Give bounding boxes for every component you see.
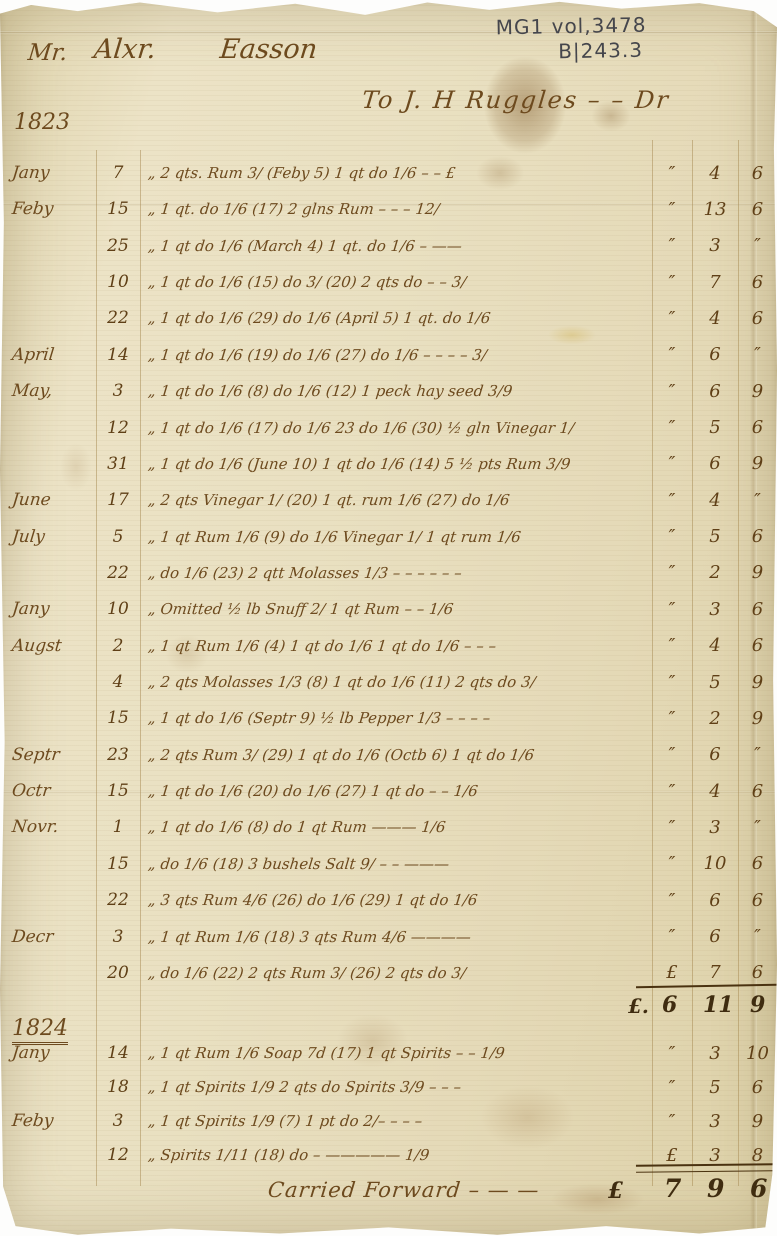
entry-pounds: ″ <box>652 526 692 547</box>
entry-month: Jany <box>0 599 97 619</box>
entry-pence: 9 <box>738 1111 777 1132</box>
entry-shillings: 5 <box>692 672 738 693</box>
entry-pence: 9 <box>738 453 777 474</box>
ledger-row: Jany7„ 2 qts. Rum 3/ (Feby 5) 1 qt do 1/… <box>0 156 777 190</box>
entry-description: „ 1 qt Rum 1/6 (4) 1 qt do 1/6 1 qt do 1… <box>139 637 653 655</box>
entry-pence: ″ <box>738 344 777 365</box>
entry-pounds: ″ <box>652 163 692 184</box>
entry-pence: 6 <box>738 417 777 438</box>
entry-pounds: ″ <box>652 672 692 693</box>
carried-forward-rule <box>636 1163 777 1172</box>
entry-pounds: ″ <box>652 235 692 256</box>
ledger-row: Feby3„ 1 qt Spirits 1/9 (7) 1 pt do 2/– … <box>0 1104 777 1138</box>
entry-pence: ″ <box>738 490 777 511</box>
entry-shillings: 13 <box>692 199 738 220</box>
ledger-row: July5„ 1 qt Rum 1/6 (9) do 1/6 Vinegar 1… <box>0 520 777 554</box>
entry-month: Feby <box>0 1111 97 1131</box>
ledger-row: May,3„ 1 qt do 1/6 (8) do 1/6 (12) 1 pec… <box>0 374 777 408</box>
paper-sheet: MG1 vol,3478 B|243.3 Mr. Alxr. Easson To… <box>0 0 777 1236</box>
archive-stamp-line2: B|243.3 <box>558 38 647 64</box>
entry-pounds: £ <box>652 962 692 983</box>
entry-pence: 6 <box>738 853 777 874</box>
entry-description: „ Omitted ½ lb Snuff 2/ 1 qt Rum – – 1/6 <box>139 600 653 618</box>
ledger-row: 12„ 1 qt do 1/6 (17) do 1/6 23 do 1/6 (3… <box>0 411 777 445</box>
entry-description: „ do 1/6 (22) 2 qts Rum 3/ (26) 2 qts do… <box>139 964 653 982</box>
ledger-row: Feby15„ 1 qt. do 1/6 (17) 2 glns Rum – –… <box>0 192 777 226</box>
entry-shillings: 3 <box>692 235 738 256</box>
ledger-section-1823: Jany7„ 2 qts. Rum 3/ (Feby 5) 1 qt do 1/… <box>0 156 777 990</box>
entry-month: Decr <box>0 927 97 947</box>
entry-month: April <box>0 345 97 365</box>
entry-pence: ″ <box>738 817 777 838</box>
entry-day: 15 <box>96 781 140 801</box>
entry-pounds: ″ <box>652 490 692 511</box>
entry-pence: ″ <box>738 744 777 765</box>
entry-shillings: 6 <box>692 926 738 947</box>
entry-day: 23 <box>96 745 140 765</box>
entry-day: 7 <box>96 163 140 183</box>
entry-shillings: 5 <box>692 526 738 547</box>
entry-shillings: 3 <box>692 599 738 620</box>
entry-shillings: 3 <box>692 1111 738 1132</box>
ledger-row: June17„ 2 qts Vinegar 1/ (20) 1 qt. rum … <box>0 483 777 517</box>
entry-day: 4 <box>96 672 140 692</box>
entry-pence: 10 <box>738 1043 777 1064</box>
entry-shillings: 4 <box>692 635 738 656</box>
entry-shillings: 2 <box>692 562 738 583</box>
entry-description: „ 1 qt Spirits 1/9 2 qts do Spirits 3/9 … <box>139 1078 653 1096</box>
entry-month: Feby <box>0 199 97 219</box>
entry-description: „ 1 qt do 1/6 (June 10) 1 qt do 1/6 (14)… <box>139 455 653 473</box>
entry-shillings: 7 <box>692 272 738 293</box>
carried-forward-label: Carried Forward – — — <box>267 1178 541 1202</box>
entry-pence: 6 <box>738 308 777 329</box>
entry-day: 10 <box>96 272 140 292</box>
subtotal-pence: 9 <box>750 992 765 1018</box>
ledger-row: Octr15„ 1 qt do 1/6 (20) do 1/6 (27) 1 q… <box>0 774 777 808</box>
entry-pence: 6 <box>738 1077 777 1098</box>
ledger-row: 31„ 1 qt do 1/6 (June 10) 1 qt do 1/6 (1… <box>0 447 777 481</box>
entry-pence: 9 <box>738 672 777 693</box>
subtotal-currency: £. <box>628 994 649 1018</box>
entry-description: „ 1 qt Rum 1/6 (9) do 1/6 Vinegar 1/ 1 q… <box>139 528 653 546</box>
entry-shillings: 6 <box>692 381 738 402</box>
entry-day: 17 <box>96 490 140 510</box>
entry-description: „ 1 qt Rum 1/6 Soap 7d (17) 1 qt Spirits… <box>139 1044 653 1062</box>
entry-day: 18 <box>96 1077 140 1097</box>
carried-forward-pence: 6 <box>750 1174 767 1203</box>
ledger-row: 22„ 1 qt do 1/6 (29) do 1/6 (April 5) 1 … <box>0 301 777 335</box>
entry-pounds: ″ <box>652 344 692 365</box>
entry-day: 15 <box>96 199 140 219</box>
entry-shillings: 3 <box>692 817 738 838</box>
entry-pounds: ″ <box>652 635 692 656</box>
entry-description: „ 1 qt do 1/6 (8) do 1/6 (12) 1 peck hay… <box>139 382 653 400</box>
ledger-row: April14„ 1 qt do 1/6 (19) do 1/6 (27) do… <box>0 338 777 372</box>
entry-day: 22 <box>96 308 140 328</box>
entry-month: Septr <box>0 745 97 765</box>
entry-shillings: 3 <box>692 1043 738 1064</box>
entry-description: „ 1 qt do 1/6 (Septr 9) ½ lb Pepper 1/3 … <box>139 709 653 727</box>
entry-pounds: ″ <box>652 417 692 438</box>
ledger-row: 22„ do 1/6 (23) 2 qtt Molasses 1/3 – – –… <box>0 556 777 590</box>
entry-shillings: 4 <box>692 163 738 184</box>
entry-pounds: ″ <box>652 1043 692 1064</box>
entry-pence: 6 <box>738 526 777 547</box>
entry-day: 14 <box>96 1043 140 1063</box>
entry-pence: 9 <box>738 381 777 402</box>
ledger-row: 15„ 1 qt do 1/6 (Septr 9) ½ lb Pepper 1/… <box>0 701 777 735</box>
entry-day: 3 <box>96 927 140 947</box>
entry-description: „ 1 qt do 1/6 (19) do 1/6 (27) do 1/6 – … <box>139 346 653 364</box>
entry-month: May, <box>0 381 97 401</box>
entry-shillings: 3 <box>692 1145 738 1166</box>
entry-description: „ do 1/6 (23) 2 qtt Molasses 1/3 – – – –… <box>139 564 653 582</box>
entry-shillings: 6 <box>692 453 738 474</box>
ledger-row: Augst2„ 1 qt Rum 1/6 (4) 1 qt do 1/6 1 q… <box>0 629 777 663</box>
entry-pounds: ″ <box>652 708 692 729</box>
entry-pence: 6 <box>738 635 777 656</box>
entry-month: Jany <box>0 163 97 183</box>
entry-pounds: ″ <box>652 926 692 947</box>
entry-pounds: ″ <box>652 272 692 293</box>
entry-pence: ″ <box>738 235 777 256</box>
ledger-row: 18„ 1 qt Spirits 1/9 2 qts do Spirits 3/… <box>0 1070 777 1104</box>
entry-pence: 6 <box>738 781 777 802</box>
archive-stamp: MG1 vol,3478 B|243.3 <box>496 13 648 65</box>
carried-forward-shillings: 9 <box>707 1174 724 1203</box>
entry-shillings: 4 <box>692 781 738 802</box>
debtor-last-name: Easson <box>218 34 318 65</box>
entry-pounds: ″ <box>652 853 692 874</box>
ledger-row: 25„ 1 qt do 1/6 (March 4) 1 qt. do 1/6 –… <box>0 229 777 263</box>
entry-pounds: ″ <box>652 453 692 474</box>
entry-description: „ 3 qts Rum 4/6 (26) do 1/6 (29) 1 qt do… <box>139 891 653 909</box>
entry-pence: 9 <box>738 562 777 583</box>
entry-day: 15 <box>96 708 140 728</box>
entry-description: „ 1 qt do 1/6 (17) do 1/6 23 do 1/6 (30)… <box>139 419 653 437</box>
entry-description: „ 1 qt do 1/6 (29) do 1/6 (April 5) 1 qt… <box>139 309 653 327</box>
entry-day: 1 <box>96 817 140 837</box>
entry-pence: 6 <box>738 272 777 293</box>
entry-pounds: ″ <box>652 199 692 220</box>
salutation: Mr. <box>27 40 69 66</box>
ledger-row: 4„ 2 qts Molasses 1/3 (8) 1 qt do 1/6 (1… <box>0 665 777 699</box>
entry-pounds: ″ <box>652 308 692 329</box>
archive-stamp-line1: MG1 vol,3478 <box>496 13 647 40</box>
ledger-row: 15„ do 1/6 (18) 3 bushels Salt 9/ – – ——… <box>0 847 777 881</box>
entry-day: 2 <box>96 636 140 656</box>
entry-pounds: ″ <box>652 817 692 838</box>
entry-month: Novr. <box>0 817 97 837</box>
entry-pence: 6 <box>738 599 777 620</box>
carried-forward-currency: £ <box>608 1178 623 1204</box>
entry-description: „ 1 qt do 1/6 (8) do 1 qt Rum ——— 1/6 <box>139 818 653 836</box>
entry-description: „ 2 qts Vinegar 1/ (20) 1 qt. rum 1/6 (2… <box>139 491 653 509</box>
account-to-line: To J. H Ruggles – – Dr <box>361 86 672 114</box>
entry-pence: 6 <box>738 199 777 220</box>
entry-shillings: 5 <box>692 1077 738 1098</box>
entry-day: 5 <box>96 527 140 547</box>
stain-mark <box>535 1178 660 1220</box>
entry-description: „ 1 qt do 1/6 (20) do 1/6 (27) 1 qt do –… <box>139 782 653 800</box>
entry-month: Jany <box>0 1043 97 1063</box>
entry-pence: 9 <box>738 708 777 729</box>
entry-pounds: £ <box>652 1145 692 1166</box>
entry-day: 3 <box>96 1111 140 1131</box>
entry-shillings: 10 <box>692 853 738 874</box>
subtotal-shillings: 11 <box>703 992 734 1018</box>
entry-pounds: ″ <box>652 1111 692 1132</box>
entry-pounds: ″ <box>652 599 692 620</box>
entry-pounds: ″ <box>652 381 692 402</box>
entry-pounds: ″ <box>652 744 692 765</box>
ledger-row: Jany14„ 1 qt Rum 1/6 Soap 7d (17) 1 qt S… <box>0 1036 777 1070</box>
entry-day: 12 <box>96 418 140 438</box>
entry-month: Octr <box>0 781 97 801</box>
entry-month: July <box>0 527 97 547</box>
entry-description: „ 2 qts Molasses 1/3 (8) 1 qt do 1/6 (11… <box>139 673 653 691</box>
entry-day: 3 <box>96 381 140 401</box>
entry-day: 25 <box>96 236 140 256</box>
ledger-section-1824: Jany14„ 1 qt Rum 1/6 Soap 7d (17) 1 qt S… <box>0 1036 777 1172</box>
scanned-ledger-page: MG1 vol,3478 B|243.3 Mr. Alxr. Easson To… <box>0 0 777 1236</box>
entry-description: „ 1 qt Rum 1/6 (18) 3 qts Rum 4/6 ———— <box>139 928 653 946</box>
entry-shillings: 6 <box>692 344 738 365</box>
entry-description: „ 2 qts Rum 3/ (29) 1 qt do 1/6 (Octb 6)… <box>139 746 653 764</box>
entry-description: „ Spirits 1/11 (18) do – ————— 1/9 <box>139 1146 653 1164</box>
entry-shillings: 7 <box>692 962 738 983</box>
entry-day: 20 <box>96 963 140 983</box>
entry-pence: 6 <box>738 962 777 983</box>
year-1823: 1823 <box>14 110 70 135</box>
entry-description: „ 1 qt. do 1/6 (17) 2 glns Rum – – – 12/ <box>139 200 653 218</box>
entry-shillings: 4 <box>692 490 738 511</box>
entry-description: „ 1 qt do 1/6 (15) do 3/ (20) 2 qts do –… <box>139 273 653 291</box>
entry-shillings: 4 <box>692 308 738 329</box>
ledger-row: 22„ 3 qts Rum 4/6 (26) do 1/6 (29) 1 qt … <box>0 883 777 917</box>
entry-pounds: ″ <box>652 890 692 911</box>
entry-pounds: ″ <box>652 781 692 802</box>
ledger-row: Decr3„ 1 qt Rum 1/6 (18) 3 qts Rum 4/6 —… <box>0 920 777 954</box>
entry-day: 22 <box>96 890 140 910</box>
entry-shillings: 5 <box>692 417 738 438</box>
entry-description: „ do 1/6 (18) 3 bushels Salt 9/ – – ——— <box>139 855 653 873</box>
entry-month: June <box>0 490 97 510</box>
entry-pence: 6 <box>738 890 777 911</box>
entry-day: 14 <box>96 345 140 365</box>
entry-pence: ″ <box>738 926 777 947</box>
entry-day: 10 <box>96 599 140 619</box>
entry-shillings: 6 <box>692 890 738 911</box>
entry-description: „ 2 qts. Rum 3/ (Feby 5) 1 qt do 1/6 – –… <box>139 164 653 182</box>
ledger-row: Novr.1„ 1 qt do 1/6 (8) do 1 qt Rum ——— … <box>0 810 777 844</box>
entry-day: 22 <box>96 563 140 583</box>
entry-pounds: ″ <box>652 1077 692 1098</box>
entry-shillings: 2 <box>692 708 738 729</box>
entry-day: 31 <box>96 454 140 474</box>
subtotal-pounds: 6 <box>662 992 677 1018</box>
entry-pence: 6 <box>738 163 777 184</box>
entry-shillings: 6 <box>692 744 738 765</box>
entry-day: 15 <box>96 854 140 874</box>
ledger-row: Jany10„ Omitted ½ lb Snuff 2/ 1 qt Rum –… <box>0 592 777 626</box>
carried-forward-pounds: 7 <box>664 1174 681 1203</box>
entry-month: Augst <box>0 636 97 656</box>
entry-day: 12 <box>96 1145 140 1165</box>
entry-pounds: ″ <box>652 562 692 583</box>
ledger-row: 10„ 1 qt do 1/6 (15) do 3/ (20) 2 qts do… <box>0 265 777 299</box>
entry-description: „ 1 qt do 1/6 (March 4) 1 qt. do 1/6 – —… <box>139 237 653 255</box>
debtor-first-name: Alxr. <box>92 34 157 65</box>
entry-description: „ 1 qt Spirits 1/9 (7) 1 pt do 2/– – – – <box>139 1112 653 1130</box>
ledger-row: Septr23„ 2 qts Rum 3/ (29) 1 qt do 1/6 (… <box>0 738 777 772</box>
